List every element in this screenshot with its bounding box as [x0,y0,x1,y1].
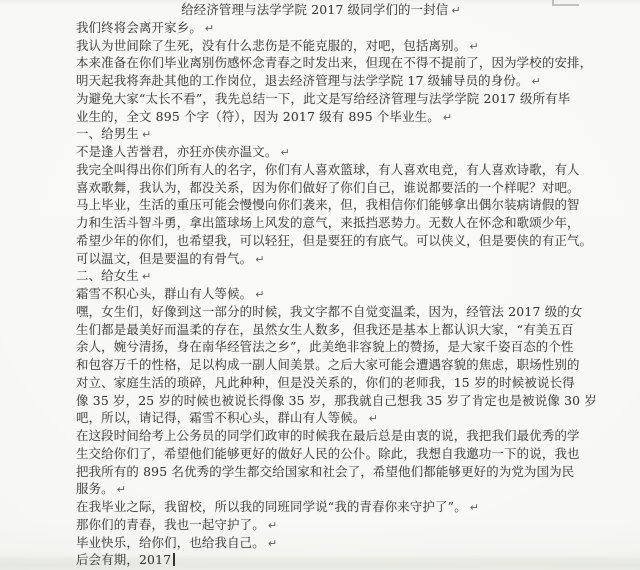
line-text: 霜雪不积心头，群山有人等候。 [76,286,252,301]
line-text: 明天起我将奔赴其他的工作岗位，退去经济管理与法学学院 17 级辅导员的身份。 [76,73,529,88]
paragraph-mark-icon: ↵ [205,22,214,35]
line-text: 一、给男生 [76,126,139,141]
line-text: 毕业快乐，给你们，也给我自己。 [76,535,265,550]
paragraph-mark-icon: ↵ [142,270,151,283]
paragraph-mark-icon: ↵ [470,501,479,514]
line-text: 为避免大家“太长不看”，我先总结一下，此文是写给经济管理与法学学院 2017 级… [76,91,570,106]
line-text: 本来准备在你们毕业离别伤感怀念青春之时发出来，但现在不得不提前了，因为学校的安排… [76,55,592,70]
line-text: 嘿，女生们，好像到这一部分的时候，我文字都不自觉变温柔，因为，经管法 2017 … [76,304,582,319]
document-line[interactable]: 对立、家庭生活的琐碎，凡此种种，但是没关系的，你们的老师我，15 岁的时候被说长… [76,374,566,392]
paragraph-mark-icon: ↵ [255,288,264,301]
paragraph-mark-icon: ↵ [451,4,460,17]
document-line[interactable]: 余人，婉兮清扬，身在南华经管法之乡”，此美绝非容貌上的赞扬，是大家千姿百态的个性 [76,338,566,356]
line-text: 吧，所以，请记得，霜雪不积心头，群山有人等候。 [76,410,366,425]
paragraph-mark-icon: ↵ [268,519,277,532]
document-body[interactable]: 给经济管理与法学学院 2017 级同学们的一封信↵我们终将会离开家乡。↵我认为世… [76,1,566,569]
document-line[interactable]: 生们都是最美好而温柔的存在，虽然女生人数多，但我还是基本上都认识大家，“有美五百 [76,321,566,339]
document-title[interactable]: 给经济管理与法学学院 2017 级同学们的一封信↵ [76,1,566,19]
line-text: 在我毕业之际，我留校，所以我的同班同学说“我的青春你来守护了”。 [76,499,467,514]
line-text: 那你们的青春，我也一起守护了。 [76,517,265,532]
document-line[interactable]: 希望少年的你们，也希望我，可以轻狂，但是要狂的有底气。可以侠义，但是要侠的有正气… [76,232,566,250]
line-text: 余人，婉兮清扬，身在南华经管法之乡”，此美绝非容貌上的赞扬，是大家千姿百态的个性 [76,339,574,354]
line-text: 力和生活斗智斗勇，拿出篮球场上风发的意气，来抵挡恶势力。无数人在怀念和歌颂少年， [76,215,580,230]
paragraph-mark-icon: ↵ [142,128,151,141]
document-line[interactable]: 可以温文，但是要温的有骨气。↵ [76,250,566,268]
line-text: 生交给你们了，希望他们能够更好的做好人民的公仆。除此，我想自我邀功一下的说，我也 [76,446,580,461]
line-text: 我们终将会离开家乡。 [76,20,202,35]
line-text: 和包容万千的性格，足以构成一副人间美景。之后大家可能会遭遇容貌的焦虑，职场性别的 [76,357,580,372]
document-line[interactable]: 生交给你们了，希望他们能够更好的做好人民的公仆。除此，我想自我邀功一下的说，我也 [76,445,566,463]
line-text: 可以温文，但是要温的有骨气。 [76,251,252,266]
line-text: 二、给女生 [76,268,139,283]
line-text: 业生的，全文 895 个字（符），因为 2017 级有 895 个毕业生。 [76,109,440,124]
document-line[interactable]: 服务。↵ [76,480,566,498]
paragraph-mark-icon: ↵ [532,75,541,88]
document-line[interactable]: 喜欢歌舞，我认为，都没关系，因为你们做好了你们自己，谁说都要活的一个样呢？对吧。 [76,179,566,197]
document-line[interactable]: 和包容万千的性格，足以构成一副人间美景。之后大家可能会遭遇容貌的焦虑，职场性别的 [76,356,566,374]
line-text: 把我所有的 895 名优秀的学生都交给国家和社会了，希望他们都能够更好的为党为国… [76,464,574,479]
line-text: 给经济管理与法学学院 2017 级同学们的一封信 [181,2,448,17]
document-line[interactable]: 霜雪不积心头，群山有人等候。↵ [76,285,566,303]
document-line[interactable]: 那你们的青春，我也一起守护了。↵ [76,516,566,534]
document-line[interactable]: 为避免大家“太长不看”，我先总结一下，此文是写给经济管理与法学学院 2017 级… [76,90,566,108]
document-line[interactable]: 吧，所以，请记得，霜雪不积心头，群山有人等候。↵ [76,409,566,427]
line-text: 服务。 [76,481,114,496]
document-line[interactable]: 我们终将会离开家乡。↵ [76,19,566,37]
document-line[interactable]: 我完全叫得出你们所有人的名字，你们有人喜欢篮球，有人喜欢电竞，有人喜欢诗歌，有人 [76,161,566,179]
document-line[interactable]: 一、给男生↵ [76,125,566,143]
paragraph-mark-icon: ↵ [280,146,289,159]
line-text: 生们都是最美好而温柔的存在，虽然女生人数多，但我还是基本上都认识大家，“有美五百 [76,322,574,337]
document-line[interactable]: 把我所有的 895 名优秀的学生都交给国家和社会了，希望他们都能够更好的为党为国… [76,463,566,481]
paragraph-mark-icon: ↵ [117,483,126,496]
document-line[interactable]: 力和生活斗智斗勇，拿出篮球场上风发的意气，来抵挡恶势力。无数人在怀念和歌颂少年， [76,214,566,232]
document-line[interactable]: 马上毕业，生活的重压可能会慢慢向你们袭来，但，我相信你们能够拿出偶尔装病请假的智 [76,196,566,214]
document-line[interactable]: 嘿，女生们，好像到这一部分的时候，我文字都不自觉变温柔，因为，经管法 2017 … [76,303,566,321]
document-line[interactable]: 我认为世间除了生死，没有什么悲伤是不能克服的，对吧，包括离别。↵ [76,37,566,55]
document-line[interactable]: 本来准备在你们毕业离别伤感怀念青春之时发出来，但现在不得不提前了，因为学校的安排… [76,54,566,72]
line-text: 像 35 岁，25 岁的时候也被说长得像 35 岁，那我就自己想我 35 岁了肯… [76,393,597,408]
line-text: 在这段时间给考上公务员的同学们政审的时候我在最后总是由衷的说，我把我们最优秀的学 [76,428,580,443]
document-line[interactable]: 后会有期，2017 [76,551,566,569]
paragraph-mark-icon: ↵ [469,40,478,53]
document-line[interactable]: 在这段时间给考上公务员的同学们政审的时候我在最后总是由衷的说，我把我们最优秀的学 [76,427,566,445]
line-text: 后会有期，2017 [76,552,171,567]
paragraph-mark-icon: ↵ [369,412,378,425]
document-line[interactable]: 在我毕业之际，我留校，所以我的同班同学说“我的青春你来守护了”。↵ [76,498,566,516]
line-text: 不是逢人苦誉君，亦狂亦侠亦温文。 [76,144,277,159]
paragraph-mark-icon: ↵ [443,111,452,124]
document-line[interactable]: 明天起我将奔赴其他的工作岗位，退去经济管理与法学学院 17 级辅导员的身份。↵ [76,72,566,90]
line-text: 希望少年的你们，也希望我，可以轻狂，但是要狂的有底气。可以侠义，但是要侠的有正气… [76,233,592,248]
line-text: 对立、家庭生活的琐碎，凡此种种，但是没关系的，你们的老师我，15 岁的时候被说长… [76,375,575,390]
document-line[interactable]: 业生的，全文 895 个字（符），因为 2017 级有 895 个毕业生。↵ [76,108,566,126]
line-text: 马上毕业，生活的重压可能会慢慢向你们袭来，但，我相信你们能够拿出偶尔装病请假的智 [76,197,580,212]
line-text: 我完全叫得出你们所有人的名字，你们有人喜欢篮球，有人喜欢电竞，有人喜欢诗歌，有人 [76,162,580,177]
document-line[interactable]: 不是逢人苦誉君，亦狂亦侠亦温文。↵ [76,143,566,161]
paragraph-mark-icon: ↵ [255,253,264,266]
document-line[interactable]: 像 35 岁，25 岁的时候也被说长得像 35 岁，那我就自己想我 35 岁了肯… [76,392,566,410]
line-text: 我认为世间除了生死，没有什么悲伤是不能克服的，对吧，包括离别。 [76,38,466,53]
document-page[interactable]: { "page": { "background": "#f7f7f5", "bo… [0,0,640,570]
text-cursor [173,553,175,566]
line-text: 喜欢歌舞，我认为，都没关系，因为你们做好了你们自己，谁说都要活的一个样呢？对吧。 [76,180,580,195]
document-line[interactable]: 二、给女生↵ [76,267,566,285]
paragraph-mark-icon: ↵ [268,537,277,550]
document-line[interactable]: 毕业快乐，给你们，也给我自己。↵ [76,534,566,552]
